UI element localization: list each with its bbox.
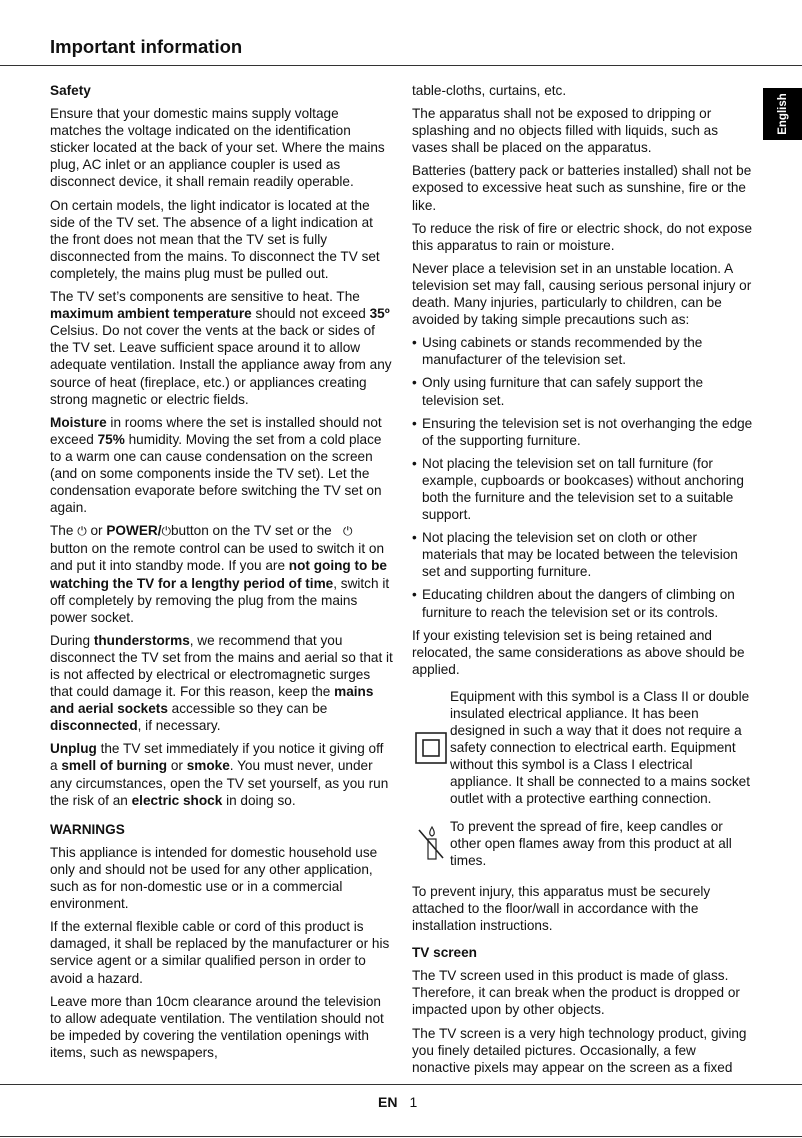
left-column: Safety Ensure that your domestic mains s… [50, 82, 393, 1067]
paragraph: The TV set’s components are sensitive to… [50, 288, 393, 408]
paragraph: Batteries (battery pack or batteries ins… [412, 162, 755, 213]
paragraph: To reduce the risk of fire or electric s… [412, 220, 755, 254]
paragraph: Never place a television set in an unsta… [412, 260, 755, 328]
paragraph: The apparatus shall not be exposed to dr… [412, 105, 755, 156]
paragraph: Ensure that your domestic mains supply v… [50, 105, 393, 190]
no-candle-icon [412, 824, 450, 862]
warnings-heading: WARNINGS [50, 821, 393, 838]
safety-heading: Safety [50, 82, 393, 99]
list-item: •Not placing the television set on tall … [412, 455, 755, 523]
paragraph: table-cloths, curtains, etc. [412, 82, 755, 99]
paragraph: The ⏻ or POWER/⏻button on the TV set or … [50, 522, 393, 626]
list-item: •Educating children about the dangers of… [412, 586, 755, 620]
list-item: •Only using furniture that can safely su… [412, 374, 755, 408]
paragraph: Moisture in rooms where the set is insta… [50, 414, 393, 517]
paragraph: Unplug the TV set immediately if you not… [50, 740, 393, 808]
page-number: 1 [409, 1094, 417, 1110]
paragraph: This appliance is intended for domestic … [50, 844, 393, 912]
footer-divider-bottom [0, 1136, 802, 1137]
paragraph: To prevent injury, this apparatus must b… [412, 883, 755, 934]
header-divider [0, 65, 802, 66]
footer-lang: EN [378, 1094, 397, 1110]
paragraph: If your existing television set is being… [412, 627, 755, 678]
paragraph: During thunderstorms, we recommend that … [50, 632, 393, 735]
page-footer: EN1 [378, 1094, 417, 1110]
candle-notice: To prevent the spread of fire, keep cand… [412, 818, 755, 869]
double-square-icon [412, 732, 450, 764]
paragraph: On certain models, the light indicator i… [50, 197, 393, 282]
list-item: •Ensuring the television set is not over… [412, 415, 755, 449]
list-item: •Using cabinets or stands recommended by… [412, 334, 755, 368]
class2-notice: Equipment with this symbol is a Class II… [412, 688, 755, 808]
paragraph: If the external flexible cable or cord o… [50, 918, 393, 986]
tv-screen-heading: TV screen [412, 944, 755, 961]
footer-divider-top [0, 1084, 802, 1085]
right-column: table-cloths, curtains, etc. The apparat… [412, 82, 755, 1082]
paragraph: The TV screen used in this product is ma… [412, 967, 755, 1018]
power-icon: ⏻ [161, 524, 171, 538]
language-tab: English [763, 88, 802, 140]
paragraph: Leave more than 10cm clearance around th… [50, 993, 393, 1061]
power-icon: ⏻ [343, 524, 353, 538]
list-item: •Not placing the television set on cloth… [412, 529, 755, 580]
paragraph: The TV screen is a very high technology … [412, 1025, 755, 1076]
page-title: Important information [50, 36, 242, 58]
power-icon: ⏻ [77, 524, 87, 538]
